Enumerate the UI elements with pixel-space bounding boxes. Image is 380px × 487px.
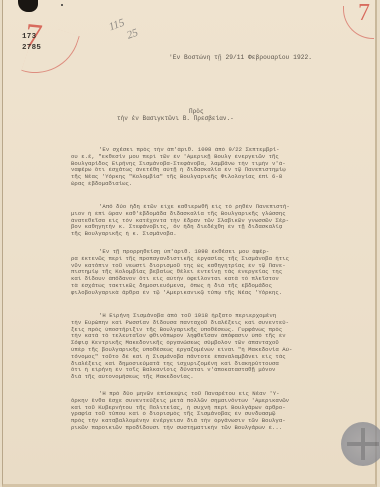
text-line: καὶ δίδουν ἀπόδανον ὅτι εἰς αὐτὴν ὀφείλο… <box>71 276 371 283</box>
reference-number: 2785 <box>22 43 41 54</box>
text-line: τὴν Εὐρώπην καὶ Ρωσσίαν δίδουσα πανταχοῦ… <box>71 320 371 327</box>
text-line: ἀνατεθεῖσα εἰς τὸν κατέχοντα τὴν ἕδραν τ… <box>71 218 371 225</box>
ink-dot <box>61 4 63 6</box>
text-line: τῆς Βουλγαρικῆς ἡ κ. Σισμάνοβα. <box>71 231 371 238</box>
text-line: 'Η Εἰρήνη Σισμάνοβα ἀπὸ τοῦ 1918 ἤρξατο … <box>71 313 371 320</box>
text-line: Βουλγαρίδος Εἰρήνης Σισμάνοβα-Στεφάνοβα,… <box>71 161 371 168</box>
text-line: διὰ τῆς αὐτονομήσεως τῆς Μακεδονίας. <box>71 374 371 381</box>
reference-numbers: 173 2785 <box>22 32 41 54</box>
text-line: διαλέξεις καὶ δημοσιεύματά της ἰσχυριζομ… <box>71 361 371 368</box>
text-line: ρικῶν παροικιῶν προδίδουσι τὴν συστηματι… <box>71 425 371 432</box>
paragraph: 'Εν τῇ προρρηθείσῃ ὑπ'ἀριθ. 1098 ἐκθέσει… <box>71 249 371 297</box>
text-line: μιον ἡ ἐπὶ ὥραν καθ'ἑβδομάδα διδασκαλία … <box>71 211 371 218</box>
red-page-number-mark: 7 <box>358 0 370 27</box>
text-line: φιλοβουλγαρικὰ ἄρθρα ἐν τῷ 'Αμερικανικῷ … <box>71 290 371 297</box>
text-line: Σόφιᾳ Κεντρικῆς Μακεδονικῆς ὀργανώσεως σ… <box>71 340 371 347</box>
paragraph: 'Εν σχέσει πρὸς τὴν ἀπ'ἀριθ. 1098 ἀπὸ 9/… <box>71 147 371 188</box>
ink-blot <box>18 0 38 12</box>
text-line: πιστημίῳ τῆς Κολομβίας βεβαίως θέλει ἐντ… <box>71 269 371 276</box>
text-line: ρα ἐκτενῶς περὶ τῆς προπαγανδιστικῆς ἐργ… <box>71 256 371 263</box>
document-page: 7 173 2785 115 25 7 'Εν Βοστώνη τῇ 29/11… <box>2 0 377 487</box>
text-line: ὥρας ἑβδομαδιαίως. <box>71 181 371 188</box>
text-line: τόνομος" τοῦτο δὲ καὶ ἡ Σισμάνοβα πάντοτ… <box>71 354 371 361</box>
dateline: 'Εν Βοστώνη τῇ 29/11 Φεβρουαρίου 1922. <box>169 55 312 62</box>
reference-number: 173 <box>22 32 41 43</box>
paragraph: 'Από δύο ἤδη ἐτῶν εἶχε καθιερωθῆ εἰς τὸ … <box>71 204 371 238</box>
pencil-annotation: 115 25 <box>107 13 140 48</box>
text-line: βον καθηγητὴν κ. Στεφάνοβιτς, ὅν ἤδη διε… <box>71 224 371 231</box>
text-line: νῦν κατόπιν τοῦ νεωστὶ διορισμοῦ της ὡς … <box>71 263 371 270</box>
text-line: ξεις πρὸς ὑποστήριξιν τῆς Βουλγαρικῆς ὑπ… <box>71 327 371 334</box>
text-line: πρὸς τὴν καταβαλλομένην ἐνέργειαν διὰ τὴ… <box>71 418 371 425</box>
text-line: ὑπὲρ τῆς βουλγαρικῆς ὑποθέσεως ἐργαζομέν… <box>71 347 371 354</box>
text-line: γραφία τοῦ τύπου καὶ ὁ διορισμὸς τῆς Σισ… <box>71 411 371 418</box>
archive-seal-stamp <box>341 422 380 466</box>
text-line: 'Η πρὸ δύο μηνῶν ἐπίσκεψις τοῦ Παναρέτου… <box>71 391 371 398</box>
addressee-line: τὴν ἐν Βασιγκτῶνι Β. Πρεσβείαν.- <box>117 116 234 123</box>
text-line: τῆς Νέας 'Υόρκης "Κολομβία" τῆς Βουλγαρι… <box>71 174 371 181</box>
text-line: όρκην ἔνθα ἔσχε συνεντεύξεις μετὰ πολλῶν… <box>71 398 371 405</box>
text-line: 'Εν σχέσει πρὸς τὴν ἀπ'ἀριθ. 1098 ἀπὸ 9/… <box>71 147 371 154</box>
pencil-annotation-line: 115 <box>107 17 126 34</box>
text-line: τὰ ἐσχάτως τακτικῶς δημοσιευόμενα, ὅπως … <box>71 283 371 290</box>
text-line: ναφέρω ὅτι ἐσχάτως ἀνετέθη αὐτῇ ἡ διδασκ… <box>71 167 371 174</box>
paragraph: 'Η Εἰρήνη Σισμάνοβα ἀπὸ τοῦ 1918 ἤρξατο … <box>71 313 371 381</box>
text-line: 'Από δύο ἤδη ἐτῶν εἶχε καθιερωθῆ εἰς τὸ … <box>71 204 371 211</box>
pencil-annotation-line: 25 <box>125 26 140 43</box>
text-line: ὅτι ἡ εἰρήνη ἐν τοῖς Βαλκανίοις δύναται … <box>71 367 371 374</box>
paragraph: 'Η πρὸ δύο μηνῶν ἐπίσκεψις τοῦ Παναρέτου… <box>71 391 371 432</box>
text-line: ου ε.ἔ, "εκθεσίν μου περὶ τῶν ἐν 'Αμερικ… <box>71 154 371 161</box>
text-line: καὶ τοῦ Κυβερνήτου τῆς Πολιτείας, ἡ συχν… <box>71 405 371 412</box>
text-line: τὴν κατὰ τὸ τελευταῖον φθινόπωρον ληφθεῖ… <box>71 333 371 340</box>
text-line: 'Εν τῇ προρρηθείσῃ ὑπ'ἀριθ. 1098 ἐκθέσει… <box>71 249 371 256</box>
